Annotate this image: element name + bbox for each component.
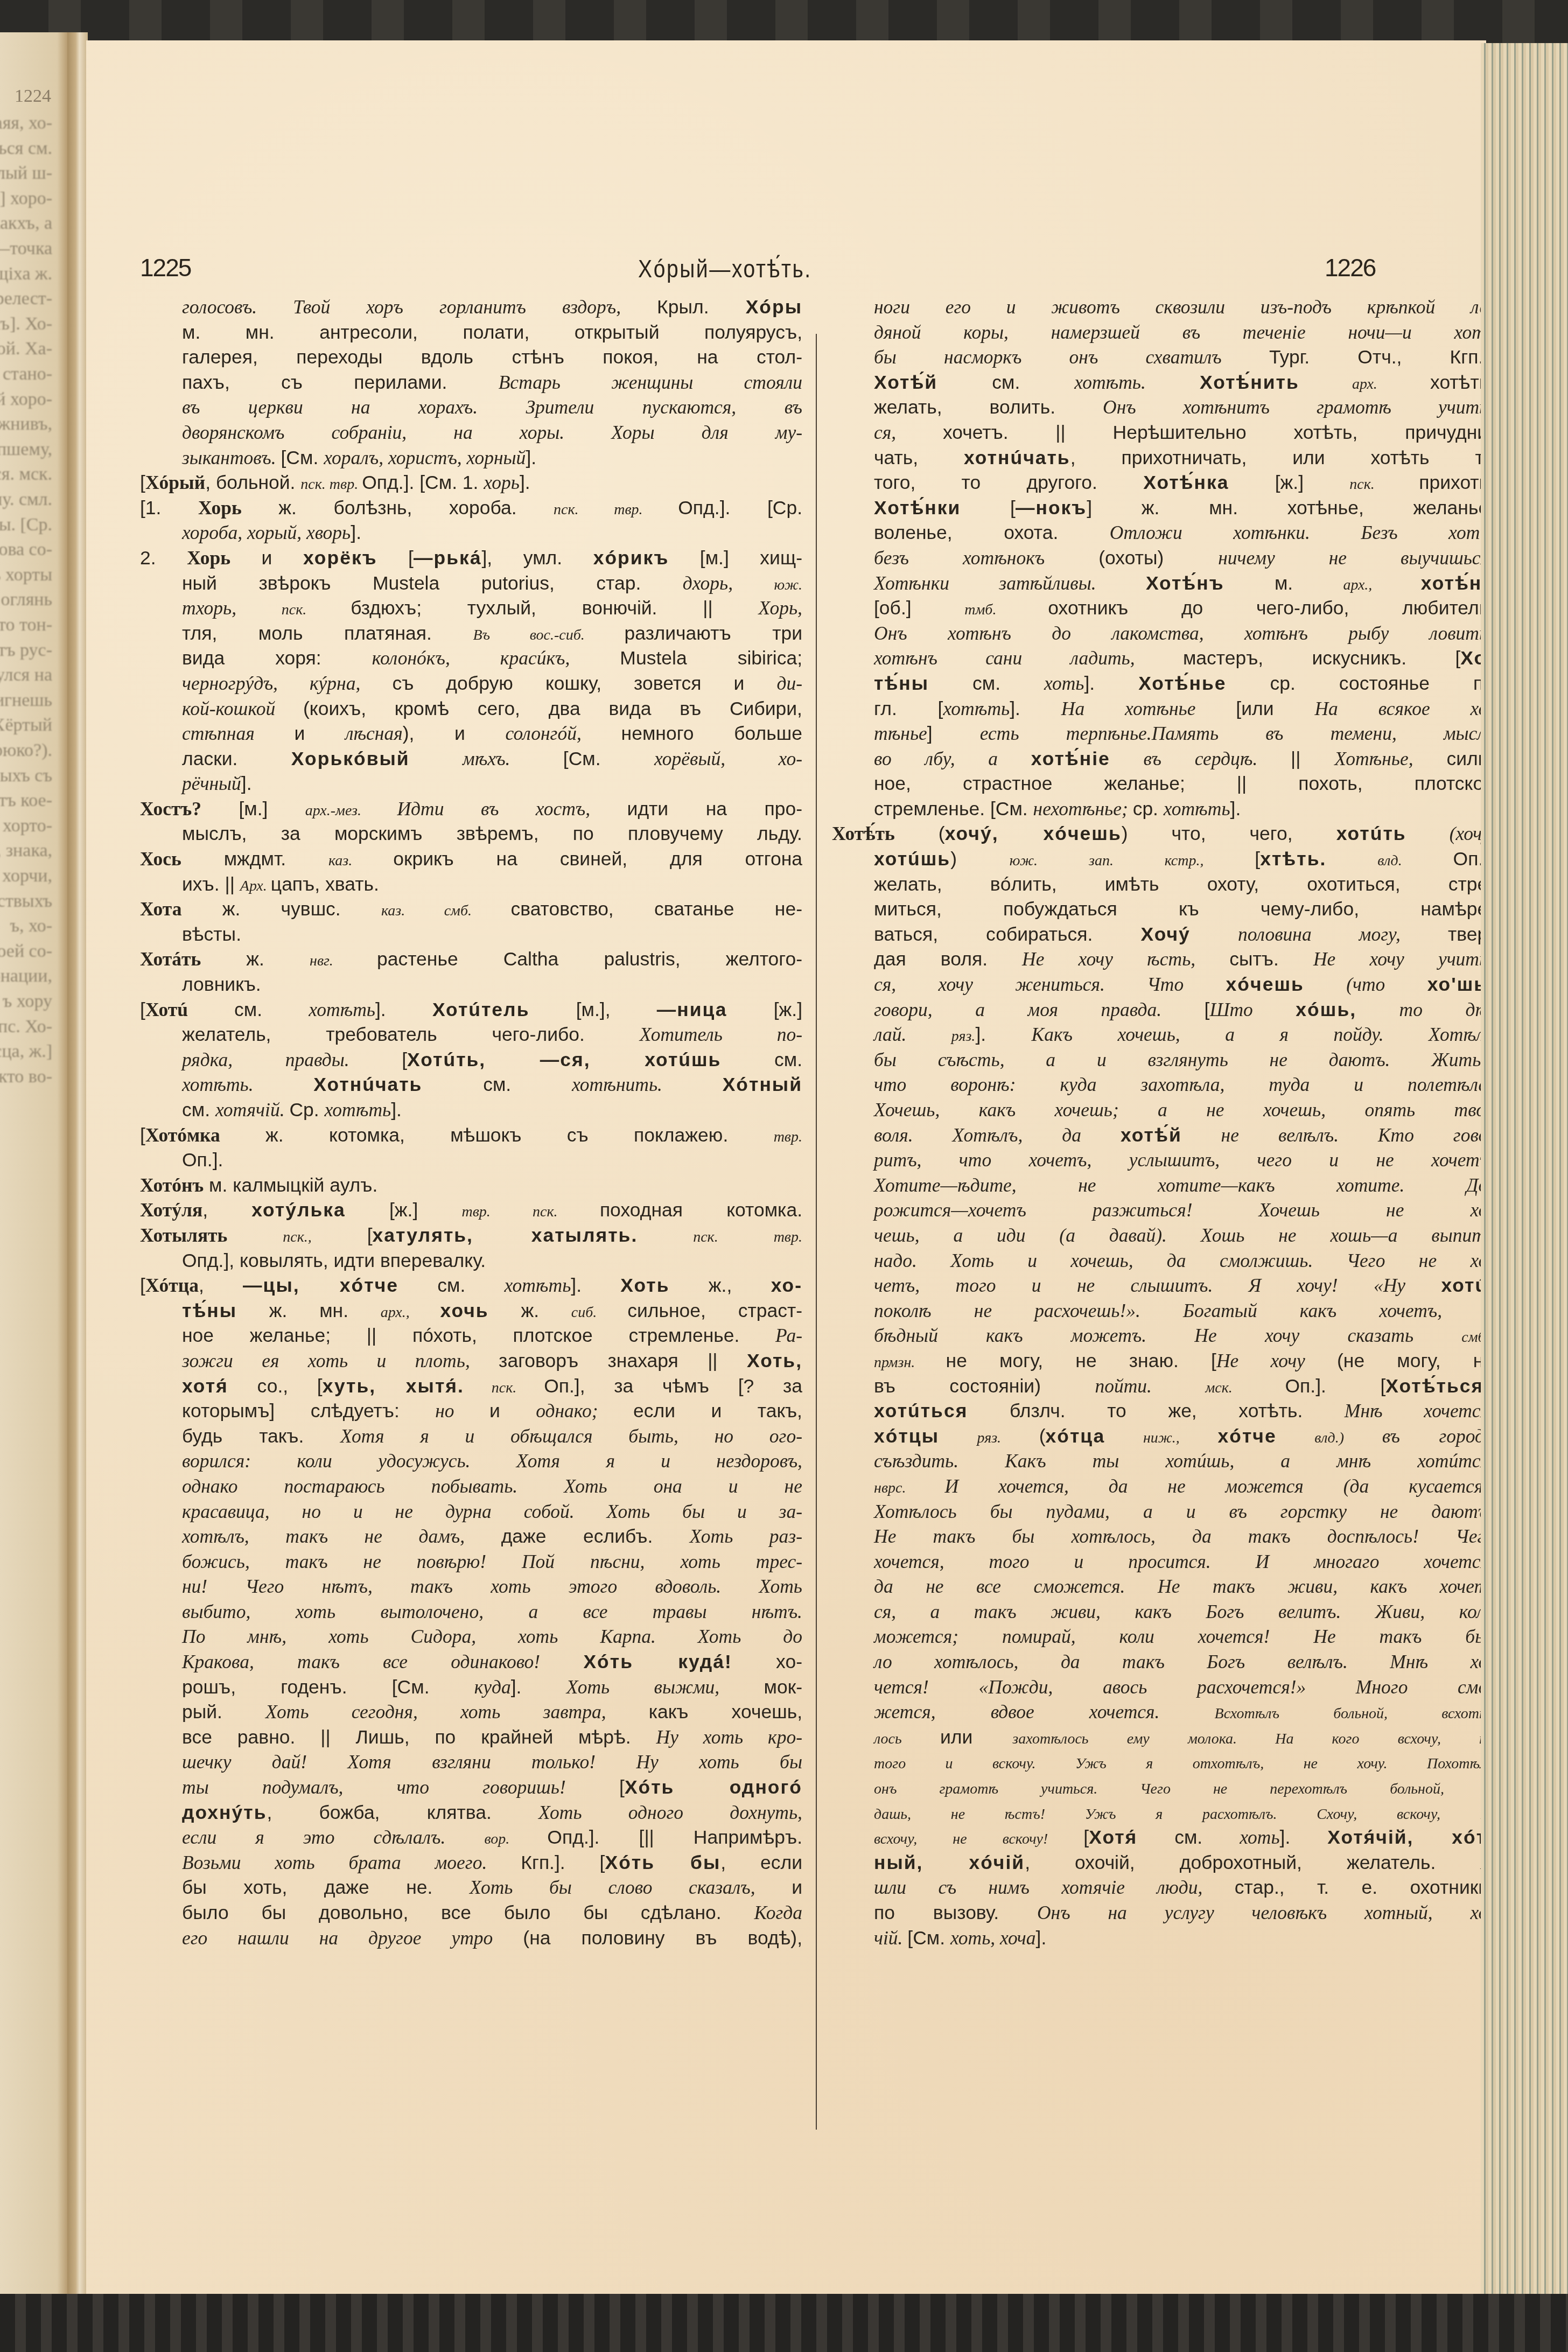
definition-text: , прихотничать, или хотѣть то: [1070, 447, 1494, 468]
entry-line: бы съѣсть, а и взглянуть не даютъ. Житье…: [832, 1047, 1494, 1073]
entry-line: Опд.], ковылять, идти вперевалку.: [140, 1248, 802, 1273]
definition-text: [ж.]: [346, 1199, 462, 1221]
previous-page-line: ъ отъ рус-: [0, 640, 52, 661]
italic-example: дхорь,: [683, 572, 774, 594]
entry-line: хóтцы ряз. (хóтца ниж., хóтче влд.) въ г…: [832, 1424, 1494, 1449]
entry-line: рядка, правды. [Хотúть, —ся, хотúшь см.: [140, 1047, 802, 1073]
previous-page-line: опс. Хо-: [0, 1017, 52, 1037]
entry-line: желать, волить. Онъ хотѣнитъ грамотѣ учи…: [832, 395, 1494, 420]
entry-line: рошъ, годенъ. [См. куда]. Хоть выжми, мо…: [140, 1675, 802, 1700]
entry-line: [об.] тмб. охотникъ до чего-либо, любите…: [832, 596, 1494, 621]
italic-example: Кракова, такъ все одинаково!: [182, 1651, 583, 1672]
bold-form: хóтца: [1046, 1425, 1105, 1447]
definition-text: стар., т. е. охотники,: [1235, 1877, 1494, 1898]
definition-text: 2.: [140, 547, 187, 569]
headword: Хось: [140, 848, 181, 870]
region-label: влд.): [1277, 1430, 1382, 1446]
definition-text: (: [895, 823, 945, 844]
definition-text: даже еслибъ.: [501, 1525, 690, 1547]
previous-page-line: ыхъ съ: [0, 766, 52, 786]
bold-form: хтѣть.: [1260, 848, 1326, 870]
bold-form: —нокъ: [1016, 497, 1087, 519]
italic-example: куда: [474, 1676, 511, 1698]
italic-example: мѣхъ.: [410, 748, 563, 769]
region-label: пск.: [1349, 476, 1419, 493]
entry-line: воленье, охота. Отложи хотѣнки. Безъ хот…: [832, 520, 1494, 545]
definition-text: ]: [927, 723, 980, 744]
italic-example: ничему не выучишься.: [1218, 547, 1494, 569]
italic-example: говори, а моя правда.: [874, 999, 1205, 1020]
italic-example: чется! «Пожди, авось расхочется!» Много …: [874, 1676, 1494, 1698]
definition-text: и: [230, 547, 303, 569]
italic-example: Хотѣлось бы пудами, а и въ горстку не да…: [874, 1501, 1494, 1522]
entry-line: зыкантовъ. [См. хоралъ, хористъ, хорный]…: [140, 445, 802, 471]
region-label: всхочу, не вскочу!: [874, 1831, 1083, 1847]
italic-example: Идти въ хостъ,: [397, 798, 627, 820]
definition-text: хо-: [732, 1651, 802, 1672]
entry-line: во лбу, а хотѣ́ніе въ сердцѣ. || Хотѣнье…: [832, 746, 1494, 772]
bold-form: Хотѣ́нить: [1200, 372, 1299, 393]
italic-example: На всякое хо-: [1314, 698, 1494, 719]
headword: Хостъ?: [140, 798, 201, 820]
region-label: твр. пск.: [461, 1203, 599, 1220]
italic-example: Хоть бы слово сказалъ,: [470, 1877, 792, 1898]
definition-text: не могу, не знаю. [: [946, 1350, 1216, 1371]
region-label: прмзн.: [874, 1354, 946, 1371]
entry-headword-line: [Хотú см. хотѣть]. Хотúтель [м.], —ница …: [140, 997, 802, 1023]
entry-headword-line: Хотѣ́ть (хочý, хóчешь) что, чего, хотúть…: [832, 821, 1494, 846]
previous-page-line: прелест-: [0, 289, 52, 309]
definition-text: рошъ, годенъ. [См.: [182, 1676, 474, 1698]
headword: Хотóнъ: [140, 1174, 204, 1196]
definition-text: желать, волить.: [874, 396, 1103, 418]
italic-example: воля. Хотѣлъ, да: [874, 1124, 1121, 1146]
bold-form: ный, хóчій: [874, 1852, 1025, 1873]
definition-text: мок-: [764, 1676, 802, 1698]
previous-page-line: ослый ш-: [0, 163, 52, 184]
italic-example: хотячій.: [215, 1099, 290, 1121]
entry-line: чешь, а иди (а давай). Хошь не хошь—а вы…: [832, 1223, 1494, 1248]
definition-text: , божба, клятва.: [267, 1802, 538, 1823]
bold-form: Хотѣ́нка: [1143, 472, 1229, 493]
entry-line: зожги ея хоть и плоть, заговоръ знахаря …: [140, 1348, 802, 1374]
bold-form: Хоть: [620, 1275, 669, 1296]
previous-page-line: икъ]. Хо-: [0, 314, 52, 334]
entry-line: Хотѣ́нки [—нокъ] ж. мн. хотѣнье, желанье…: [832, 495, 1494, 521]
definition-text: ): [950, 848, 1010, 870]
region-label: пск. твр.: [300, 476, 362, 493]
italic-example: Не хочу: [1216, 1350, 1337, 1371]
definition-text: ж. котомка, мѣшокъ съ поклажею.: [220, 1124, 774, 1146]
previous-page-line: хорчи,: [2, 866, 52, 886]
entry-line: было бы довольно, все было бы сдѣлано. К…: [140, 1900, 802, 1926]
previous-page-line: воей со-: [0, 941, 52, 962]
entry-line: Хотѣнки затѣйливы. Хотѣ́нъ м. арх., хотѣ…: [832, 571, 1494, 596]
bold-form: Хотнúчать: [313, 1074, 422, 1095]
italic-example: хотѣнить.: [572, 1074, 723, 1095]
definition-text: ж.: [489, 1300, 571, 1321]
entry-line: Хотите—ѣдите, не хотите—какъ хотите. До-: [832, 1173, 1494, 1198]
definition-text: [м.],: [530, 999, 657, 1020]
italic-example: ворился: коли удосужусь. Хотя я и нездор…: [182, 1450, 802, 1472]
entry-line: въ церкви на хорахъ. Зрители пускаются, …: [140, 395, 802, 420]
entry-headword-line: Хотылять пск., [хатулять, хатылять. пск.…: [140, 1223, 802, 1248]
italic-example: безъ хотѣнокъ: [874, 547, 1098, 569]
region-label: арх.,: [1343, 577, 1421, 593]
headword: Хорь: [198, 497, 242, 519]
entry-line: чется! «Пожди, авось расхочется!» Много …: [832, 1675, 1494, 1700]
headword: Хорь: [187, 547, 230, 569]
entry-line: хочется, того и просится. И многаго хоче…: [832, 1549, 1494, 1574]
bold-form: Хотúть, —ся, хотúшь: [407, 1049, 721, 1070]
bold-form: хóтцы: [874, 1425, 939, 1447]
region-label: каз.: [328, 852, 393, 869]
entry-line: ло хотѣлось, да такъ Богъ велѣлъ. Мнѣ хо…: [832, 1649, 1494, 1675]
region-label: ниж.,: [1105, 1430, 1217, 1446]
italic-example: стѣпная: [182, 723, 294, 744]
italic-example: въ церкви на хорахъ. Зрители пускаются, …: [182, 396, 802, 418]
entry-line: говори, а моя правда. [Што хóшь, то дѣ-: [832, 997, 1494, 1023]
definition-text: сытъ.: [1229, 948, 1313, 970]
entry-line: бы хоть, даже не. Хоть бы слово сказалъ,…: [140, 1875, 802, 1900]
definition-text: какъ хочешь,: [649, 1701, 802, 1723]
headword: Хота: [140, 898, 181, 920]
definition-text: [м.] хищ-: [669, 547, 802, 569]
definition-text: охотникъ до чего-либо, любитель.: [1048, 597, 1494, 619]
definition-text: будь такъ.: [182, 1425, 340, 1447]
definition-text: тля, моль платяная.: [182, 622, 473, 644]
italic-example: Хоть сегодня, хоть завтра,: [265, 1701, 649, 1723]
definition-text: ].: [511, 1676, 566, 1698]
previous-page-line: трюко?).: [0, 740, 52, 761]
previous-page-line: пропшему,: [0, 439, 52, 460]
entry-headword-line: [Хóтца, —цы, хóтче см. хотѣть]. Хоть ж.,…: [140, 1273, 802, 1298]
running-head: Хóрый—хотѣ́ть.: [638, 254, 812, 283]
italic-example: въ городъ: [1382, 1425, 1494, 1447]
definition-text: (не могу, не: [1337, 1350, 1494, 1371]
definition-text: см.: [937, 372, 1074, 393]
definition-text: окрикъ на свиней, для отгона: [393, 848, 802, 870]
italic-example: рожится—хочетъ разжиться! Хочешь не хо-: [874, 1199, 1494, 1221]
definition-text: , если: [720, 1852, 802, 1873]
entry-line: Онъ хотѣнъ до лакомства, хотѣнъ рыбу лов…: [832, 621, 1494, 646]
definition-text: ж.: [201, 948, 310, 970]
entry-line: дашь, не ѣстъ! Ужъ я расхотѣлъ. Схочу, в…: [832, 1800, 1494, 1825]
italic-example: Не хочу учить-: [1313, 948, 1494, 970]
entry-line: надо. Хоть и хочешь, да смолжишь. Чего н…: [832, 1248, 1494, 1273]
entry-line: шли съ нимъ хотячіе люди, стар., т. е. о…: [832, 1875, 1494, 1900]
italic-example: дворянскомъ собраніи, на хоры. Хоры для …: [182, 422, 802, 443]
italic-example: его нашли на другое утро: [182, 1927, 523, 1949]
entry-line: Хотѣ́й см. хотѣть. Хотѣ́нить арх. хотѣть…: [832, 370, 1494, 395]
headword: Хотýля: [140, 1199, 202, 1221]
entry-line: по вызову. Онъ на услугу человѣкъ хотный…: [832, 1900, 1494, 1926]
italic-example: колонóкъ, красúкъ,: [372, 647, 620, 669]
right-column: ноги его и животъ сквозили изъ-подъ крѣп…: [832, 295, 1494, 1950]
italic-example: хорь: [484, 472, 520, 493]
entry-line: хотя́ со., [хуть, хытя́. пск. Оп.], за ч…: [140, 1374, 802, 1399]
italic-example: Ну хоть кро-: [656, 1726, 803, 1748]
entry-headword-line: Хотáть ж. нвг. растенье Caltha palustris…: [140, 947, 802, 972]
entry-line: ни! Чего нѣтъ, такъ хоть этого вдоволь. …: [140, 1574, 802, 1599]
bold-form: Хóть бы: [605, 1852, 720, 1873]
definition-text: и: [489, 1400, 536, 1422]
italic-example: (что: [1304, 974, 1427, 995]
region-label: Въ вос.-сиб.: [473, 627, 624, 643]
definition-text: цапъ, хвать.: [271, 873, 379, 895]
definition-text: миться, побуждаться къ чему-либо, намѣре…: [874, 898, 1494, 920]
entry-line: ся, а такъ живи, какъ Богъ велитъ. Живи,…: [832, 1599, 1494, 1625]
entry-headword-line: Хось мждмт. каз. окрикъ на свиней, для о…: [140, 846, 802, 872]
italic-example: хоть, хоча: [950, 1927, 1036, 1949]
italic-example: дяной коры, намерзшей въ теченіе ночи—и …: [874, 321, 1494, 343]
definition-text: Опд.]. [|| Напримѣръ.: [547, 1826, 802, 1848]
bold-form: хуть, хытя́.: [323, 1375, 464, 1397]
bold-form: хочь: [440, 1300, 489, 1321]
definition-text: [1.: [140, 497, 198, 519]
definition-text: походная котомка.: [600, 1199, 802, 1221]
bold-form: хотýлька: [251, 1199, 346, 1221]
definition-text: ), и: [403, 723, 506, 744]
page-number-left: 1225: [140, 253, 191, 282]
italic-example: хотѣть.: [182, 1074, 313, 1095]
definition-text: (на половину въ водѣ),: [523, 1927, 802, 1949]
headword: Хотылять: [140, 1224, 227, 1246]
italic-example: Не такъ бы хотѣлось, да такъ доспѣлось! …: [874, 1525, 1494, 1547]
previous-page-line: —сца, ж.]: [0, 1041, 52, 1062]
definition-text: ], умл.: [482, 547, 593, 569]
scanner-backdrop-bottom: [0, 2294, 1568, 2352]
dictionary-page: 1225 Хóрый—хотѣ́ть. 1226 голосовъ. Твой …: [86, 40, 1486, 2299]
entry-line: жется, вдвое хочется. Всхотѣлъ больной, …: [832, 1699, 1494, 1725]
definition-text: (охоты): [1098, 547, 1218, 569]
entry-line: поколѣ не расхочешь!». Богатый какъ хоче…: [832, 1298, 1494, 1324]
entry-line: съѣздить. Какъ ты хотúшь, а мнѣ хотúтся,: [832, 1448, 1494, 1474]
previous-page-line: —точка: [0, 239, 52, 259]
italic-example: Когда: [754, 1902, 802, 1923]
italic-example: рядка, правды.: [182, 1049, 402, 1070]
entry-headword-line: 2. Хорь и хорёкъ [—рька́], умл. хóрикъ […: [140, 545, 802, 571]
entry-line: гл. [хотѣть]. На хотѣнье [или На всякое …: [832, 696, 1494, 722]
definition-text: ) что, чего,: [1122, 823, 1336, 844]
definition-text: ср. состоянье по: [1227, 673, 1495, 694]
entry-line: бы насморкъ онъ схватилъ Тург. Отч., Кгп…: [832, 345, 1494, 370]
italic-example: Што: [1209, 999, 1296, 1020]
definition-text: ].: [520, 472, 530, 493]
entry-line: ный, хóчій, охочій, доброхотный, желател…: [832, 1850, 1494, 1875]
entry-line: Оп.].: [140, 1147, 802, 1173]
definition-text: ловникъ.: [182, 974, 261, 995]
italic-example: хотѣть: [325, 1099, 391, 1121]
entry-line: нврс. И хочется, да не можется (да кусае…: [832, 1474, 1494, 1499]
entry-line: ты подумалъ, что говоришь! [Хóть одногó: [140, 1775, 802, 1800]
previous-page-line: онации,: [0, 966, 52, 986]
bold-form: Хотѣ́й: [874, 372, 937, 393]
entry-line: По мнѣ, хоть Сидора, хоть Карпа. Хоть до: [140, 1624, 802, 1649]
entry-line: рый. Хоть сегодня, хоть завтра, какъ хоч…: [140, 1699, 802, 1725]
entry-line: все равно. || Лишь, по крайней мѣрѣ. Ну …: [140, 1725, 802, 1750]
italic-example: тхорь,: [182, 597, 282, 619]
previous-page-line: ъ, знака,: [0, 841, 52, 861]
bold-form: Хотѣ́ться: [1385, 1375, 1483, 1397]
italic-example: чешь, а иди (а давай). Хошь не хошь—а вы…: [874, 1224, 1494, 1246]
definition-text: дая воля.: [874, 948, 1022, 970]
definition-text: Опд.]. [См. 1.: [362, 472, 484, 493]
scanner-backdrop-top: [0, 0, 1568, 43]
headword: Хотú: [145, 999, 188, 1020]
entry-line: хотúться блзлч. то же, хотѣть. Мнѣ хочет…: [832, 1398, 1494, 1424]
italic-example: хоралъ, хористъ, хорный: [324, 447, 526, 468]
definition-text: сватовство, сватанье не-: [510, 898, 802, 920]
italic-example: солонгóй,: [506, 723, 621, 744]
italic-example: хороба, хорый, хворь: [182, 522, 351, 543]
bold-form: Хóть одногó: [625, 1776, 802, 1798]
previous-page-line: ржакхъ, а: [0, 213, 52, 234]
previous-page-sliver: 1224 ваяя, хо-аться см.ослый ш-ж.] хоро-…: [0, 32, 67, 2294]
stacked-page-edges: [1481, 43, 1568, 2294]
definition-text: [: [377, 547, 414, 569]
entry-line: чій. [См. хоть, хоча].: [832, 1926, 1494, 1951]
italic-example: голосовъ. Твой хоръ горланитъ вздоръ,: [182, 296, 657, 318]
italic-example: лай.: [874, 1024, 951, 1045]
entry-line: желатель, требователь чего-либо. Хотител…: [140, 1022, 802, 1047]
definition-text: вида хоря:: [182, 647, 372, 669]
entry-line: ся, хочу жениться. Что хóчешь (что хо'шь…: [832, 972, 1494, 997]
definition-text: , больной.: [205, 472, 300, 493]
entry-line: хороба, хорый, хворь].: [140, 520, 802, 545]
italic-example: зыкантовъ.: [182, 447, 281, 468]
definition-text: немного больше: [621, 723, 802, 744]
definition-text: Опд.], ковылять, идти вперевалку.: [182, 1250, 486, 1271]
definition-text: , охочій, доброхотный, желатель.: [1025, 1852, 1480, 1873]
bold-form: —цы, хóтче: [243, 1275, 398, 1296]
definition-text: ж. болѣзнь, хороба.: [242, 497, 554, 519]
italic-example: не велѣлъ. Кто гово-: [1182, 1124, 1494, 1146]
definition-text: галерея, переходы вдоль стѣнъ покоя, на …: [182, 346, 802, 368]
definition-text: сильное, страст-: [627, 1300, 802, 1321]
entry-line: рёчный].: [140, 771, 802, 796]
definition-text: см.: [422, 1074, 572, 1095]
previous-page-line: ествыхъ: [0, 891, 52, 912]
entry-line: лось или захотѣлось ему молока. На кого …: [832, 1725, 1494, 1750]
italic-example: хотѣлъ, такъ не дамъ,: [182, 1525, 501, 1547]
definition-text: (: [1039, 1425, 1046, 1447]
definition-text: или: [940, 1726, 1012, 1748]
definition-text: см.: [398, 1275, 505, 1296]
entry-line: его нашли на другое утро (на половину въ…: [140, 1926, 802, 1951]
bold-form: хотя́: [182, 1375, 228, 1397]
definition-text: [: [140, 999, 145, 1020]
definition-text: [: [402, 1049, 407, 1070]
bold-form: Хоть,: [747, 1350, 802, 1371]
definition-text: ср.: [1133, 798, 1164, 820]
headword: Хотáть: [140, 948, 201, 970]
definition-text: и: [294, 723, 345, 744]
italic-example: хотѣть: [505, 1275, 571, 1296]
region-label: пск. твр.: [554, 501, 678, 518]
definition-text: ж. чувшс.: [181, 898, 381, 920]
column-divider: [816, 334, 817, 2130]
definition-text: ихъ. ||: [182, 873, 240, 895]
previous-page-line: ъ, хо-: [10, 916, 52, 936]
entry-line: желать, вóлить, имѣть охоту, охотиться, …: [832, 872, 1494, 897]
definition-text: стремленье. [См.: [874, 798, 1033, 820]
definition-text: чать,: [874, 447, 964, 468]
headword: Хóтца: [145, 1275, 199, 1296]
italic-example: бы насморкъ онъ схватилъ: [874, 346, 1269, 368]
entry-line: ся, хочетъ. || Нерѣшительно хотѣть, прич…: [832, 420, 1494, 445]
italic-example: шечку дай! Хотя взгляни только! Ну хоть …: [182, 1751, 802, 1773]
previous-page-line: ъ хорты: [0, 565, 52, 585]
definition-text: ] ж. мн. хотѣнье, желанье,: [1087, 497, 1494, 519]
bold-form: хочý, хóчешь: [945, 823, 1122, 844]
entry-headword-line: [1. Хорь ж. болѣзнь, хороба. пск. твр. О…: [140, 495, 802, 521]
entry-headword-line: [Хóрый, больной. пск. твр. Опд.]. [См. 1…: [140, 470, 802, 495]
definition-text: ласки.: [182, 748, 291, 769]
entry-line: ноги его и животъ сквозили изъ-подъ крѣп…: [832, 295, 1494, 320]
definition-text: [: [1083, 1826, 1089, 1848]
region-label: мск.: [1205, 1380, 1285, 1396]
definition-text: идти на про-: [627, 798, 802, 820]
previous-page-line: ы. [Ср.: [0, 515, 52, 535]
italic-example: Хоть одного дохнуть,: [538, 1802, 802, 1823]
entry-line: ритъ, что хочетъ, услышитъ, чего и не хо…: [832, 1147, 1494, 1173]
definition-text: ].: [351, 522, 361, 543]
region-label: лось: [874, 1731, 940, 1747]
entry-line: ное желанье; || пóхоть, плотское стремле…: [140, 1323, 802, 1348]
bold-form: хотѣ́ніе: [1031, 748, 1110, 769]
definition-text: гл. [: [874, 698, 943, 719]
italic-example: зожги ея хоть и плоть,: [182, 1350, 499, 1371]
definition-text: [: [140, 1275, 145, 1296]
previous-page-line: Хёртый: [0, 715, 52, 736]
entry-line: того, то другого. Хотѣ́нка [ж.] пск. при…: [832, 470, 1494, 495]
entry-line: галерея, переходы вдоль стѣнъ покоя, на …: [140, 345, 802, 370]
previous-page-line: ъ отъ кое-: [0, 790, 52, 811]
definition-text: Ср.: [289, 1099, 324, 1121]
italic-example: хорёвый, хо-: [654, 748, 802, 769]
definition-text: пахъ, съ перилами.: [182, 372, 499, 393]
entry-line: лай. ряз.]. Какъ хочешь, а я пойду. Хотѣ…: [832, 1022, 1494, 1047]
italic-example: хоть: [1044, 673, 1084, 694]
entry-line: тѣ́ны см. хоть]. Хотѣ́нье ср. состоянье …: [832, 671, 1494, 696]
definition-text: см.: [1137, 1826, 1240, 1848]
previous-page-line: нулся на: [0, 665, 52, 685]
definition-text: ,: [199, 1275, 243, 1296]
bold-form: Хочý: [1140, 923, 1190, 945]
entry-line: хотѣть. Хотнúчать см. хотѣнить. Хóтный: [140, 1072, 802, 1097]
definition-text: заговоръ знахаря ||: [499, 1350, 747, 1371]
definition-text: см.: [188, 999, 309, 1020]
definition-text: Оп.], за чѣмъ [? за: [544, 1375, 802, 1397]
definition-text: все равно. || Лишь, по крайней мѣрѣ.: [182, 1726, 656, 1748]
definition-text: ].: [1010, 698, 1061, 719]
definition-text: рый.: [182, 1701, 265, 1723]
italic-example: поколѣ не расхочешь!». Богатый какъ хоче…: [874, 1300, 1494, 1321]
bold-form: хóрикъ: [593, 547, 669, 569]
italic-example: въ сердцѣ.: [1110, 748, 1291, 769]
italic-example: бѣдный какъ можетъ. Не хочу сказать: [874, 1325, 1461, 1346]
region-label: пск.: [464, 1380, 544, 1396]
previous-page-number: 1224: [15, 86, 51, 107]
definition-text: [или: [1236, 698, 1314, 719]
region-label: Арх.: [240, 878, 271, 894]
italic-example: ся, хочу жениться. Что: [874, 974, 1226, 995]
italic-example: божись, такъ не повѣрю! Пой пѣсни, хоть …: [182, 1551, 802, 1572]
bold-form: хóшь,: [1296, 999, 1356, 1020]
definition-text: (коихъ, кромѣ сего, два вида въ Сибири,: [303, 698, 802, 719]
region-label: каз. смб.: [381, 902, 510, 919]
